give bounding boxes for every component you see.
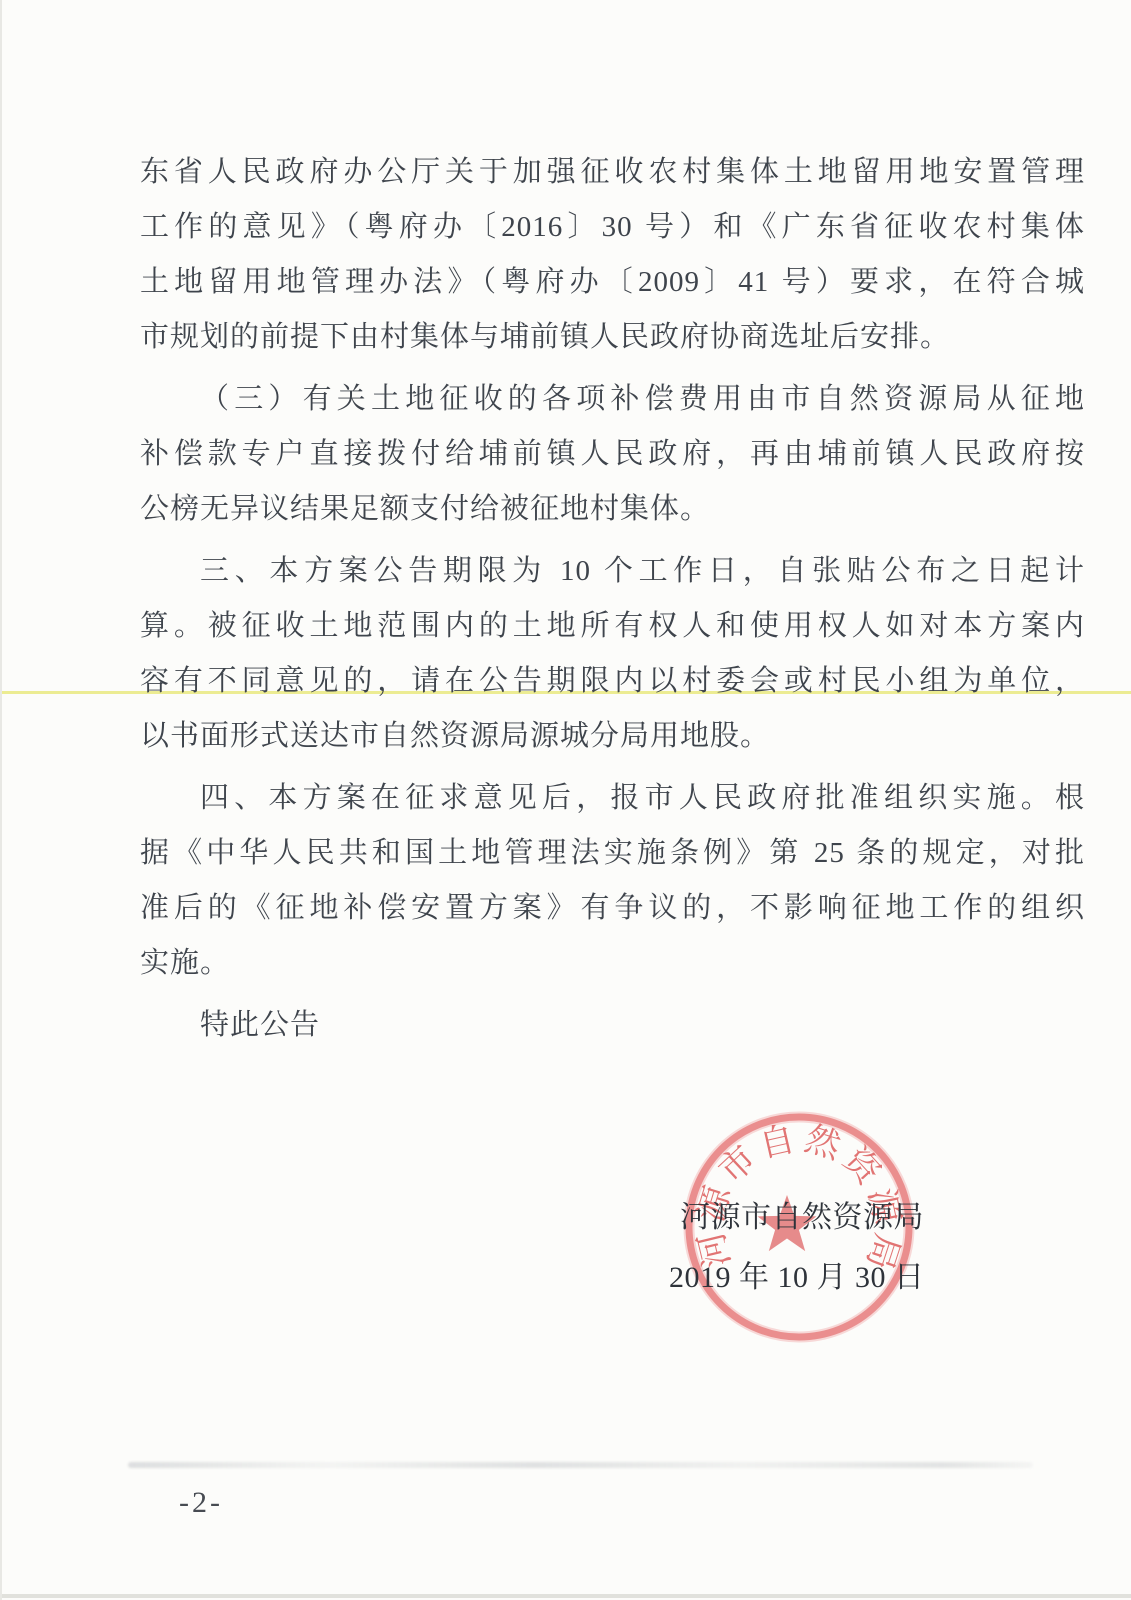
scan-edge-left — [0, 0, 2, 1600]
signature-agency: 河源市自然资源局 — [680, 1192, 924, 1236]
document-page: 东省人民政府办公厅关于加强征收农村集体土地留用地安置管理 工作的意见》（粤府办〔… — [0, 0, 1131, 1600]
text-line: 四、本方案在征求意见后，报市人民政府批准组织实施。根 — [140, 771, 1085, 826]
text-line: 算。被征收土地范围内的土地所有权人和使用权人如对本方案内 — [140, 599, 1085, 654]
closing-phrase: 特此公告 — [140, 998, 1085, 1053]
signature-date: 2019 年 10 月 30 日 — [669, 1252, 925, 1296]
document-body: 东省人民政府办公厅关于加强征收农村集体土地留用地安置管理 工作的意见》（粤府办〔… — [140, 145, 1085, 1060]
paragraph-section-4: 四、本方案在征求意见后，报市人民政府批准组织实施。根 据《中华人民共和国土地管理… — [140, 771, 1085, 991]
text-line: 三、本方案公告期限为 10 个工作日，自张贴公布之日起计 — [140, 544, 1085, 599]
text-line: 公榜无异议结果足额支付给被征地村集体。 — [140, 482, 1085, 537]
text-line: 东省人民政府办公厅关于加强征收农村集体土地留用地安置管理 — [140, 145, 1085, 200]
text-line: （三）有关土地征收的各项补偿费用由市自然资源局从征地 — [140, 372, 1085, 427]
text-line: 特此公告 — [140, 998, 1085, 1053]
paragraph-continuation: 东省人民政府办公厅关于加强征收农村集体土地留用地安置管理 工作的意见》（粤府办〔… — [140, 145, 1085, 365]
text-line: 准后的《征地补偿安置方案》有争议的，不影响征地工作的组织 — [140, 881, 1085, 936]
text-line: 补偿款专户直接拨付给埔前镇人民政府，再由埔前镇人民政府按 — [140, 427, 1085, 482]
scan-edge-bottom — [0, 1594, 1131, 1598]
text-line: 容有不同意见的，请在公告期限内以村委会或村民小组为单位， — [140, 654, 1085, 709]
scan-smudge — [128, 1462, 1033, 1468]
text-line: 实施。 — [140, 936, 1085, 991]
paragraph-section-3: 三、本方案公告期限为 10 个工作日，自张贴公布之日起计 算。被征收土地范围内的… — [140, 544, 1085, 764]
page-number: -2- — [179, 1486, 223, 1520]
text-line: 据《中华人民共和国土地管理法实施条例》第 25 条的规定，对批 — [140, 826, 1085, 881]
text-line: 土地留用地管理办法》（粤府办〔2009〕41 号）要求，在符合城 — [140, 255, 1085, 310]
text-line: 工作的意见》（粤府办〔2016〕30 号）和《广东省征收农村集体 — [140, 200, 1085, 255]
paragraph-item-3: （三）有关土地征收的各项补偿费用由市自然资源局从征地 补偿款专户直接拨付给埔前镇… — [140, 372, 1085, 537]
text-line: 以书面形式送达市自然资源局源城分局用地股。 — [140, 709, 1085, 764]
text-line: 市规划的前提下由村集体与埔前镇人民政府协商选址后安排。 — [140, 310, 1085, 365]
